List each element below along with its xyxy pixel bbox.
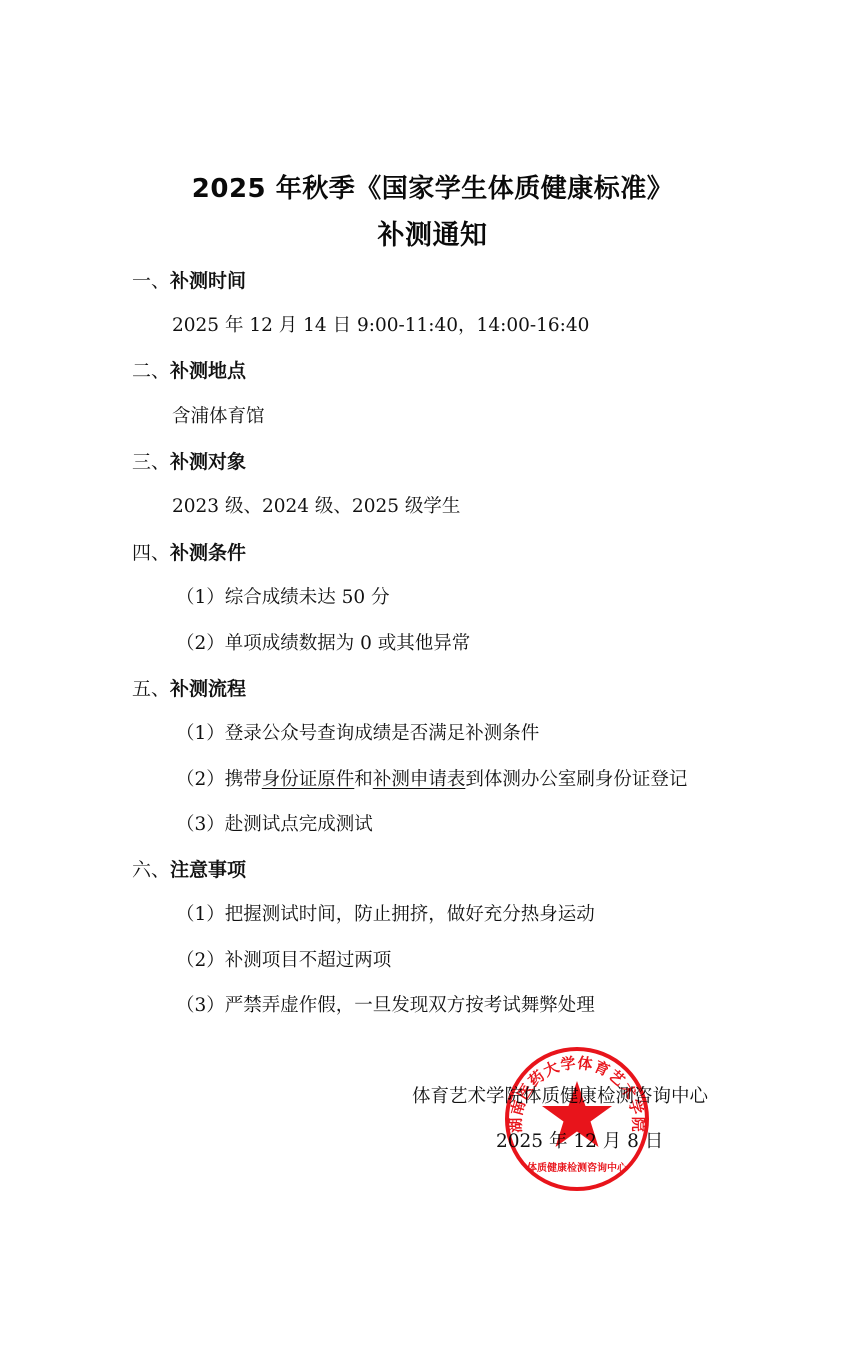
section-number: 三、 (132, 451, 170, 473)
seal-inner-text: 体质健康检测咨询中心 (527, 1161, 628, 1174)
section-number: 一、 (132, 270, 170, 292)
process-item-text: 到体测办公室刷身份证登记 (465, 769, 687, 790)
section-number: 五、 (132, 678, 170, 700)
section-title: 补测地点 (170, 360, 246, 382)
section-number: 二、 (132, 360, 170, 382)
note-item: （2）补测项目不超过两项 (176, 948, 391, 974)
process-item: （2）携带身份证原件和补测申请表到体测办公室刷身份证登记 (176, 767, 687, 793)
document-page: 2025 年秋季《国家学生体质健康标准》 补测通知 一、补测时间 2025 年 … (0, 0, 865, 1366)
condition-item: （2）单项成绩数据为 0 或其他异常 (176, 631, 470, 657)
process-item: （3）赴测试点完成测试 (176, 812, 373, 838)
note-item: （1）把握测试时间，防止拥挤，做好充分热身运动 (176, 902, 595, 928)
signature-date: 2025 年 12 月 8 日 (496, 1129, 663, 1155)
section-title: 补测对象 (170, 451, 246, 473)
section-number: 四、 (132, 542, 170, 564)
section-text-time: 2025 年 12 月 14 日 9:00-11:40，14:00-16:40 (172, 313, 589, 339)
section-heading-notes: 六、注意事项 (132, 857, 246, 883)
condition-item: （1）综合成绩未达 50 分 (176, 585, 390, 611)
section-heading-time: 一、补测时间 (132, 268, 246, 294)
section-heading-target: 三、补测对象 (132, 449, 246, 475)
section-heading-process: 五、补测流程 (132, 676, 246, 702)
document-title: 2025 年秋季《国家学生体质健康标准》 (0, 172, 865, 206)
document-subtitle: 补测通知 (0, 219, 865, 253)
section-title: 补测流程 (170, 678, 246, 700)
official-seal-stamp: 湖南医药大学体育艺术学院 体质健康检测咨询中心 (503, 1045, 651, 1193)
section-text-target: 2023 级、2024 级、2025 级学生 (172, 494, 460, 520)
underlined-id-card: 身份证原件 (262, 769, 355, 790)
underlined-application-form: 补测申请表 (373, 769, 466, 790)
section-number: 六、 (132, 859, 170, 881)
section-title: 补测条件 (170, 542, 246, 564)
section-text-location: 含浦体育馆 (172, 404, 265, 430)
process-item-text: 和 (354, 769, 373, 790)
process-item-text: （2）携带 (176, 769, 262, 790)
section-heading-location: 二、补测地点 (132, 358, 246, 384)
process-item: （1）登录公众号查询成绩是否满足补测条件 (176, 721, 539, 747)
section-heading-conditions: 四、补测条件 (132, 540, 246, 566)
signature-organization: 体育艺术学院体质健康检测咨询中心 (412, 1084, 708, 1110)
section-title: 补测时间 (170, 270, 246, 292)
section-title: 注意事项 (170, 859, 246, 881)
note-item: （3）严禁弄虚作假，一旦发现双方按考试舞弊处理 (176, 993, 595, 1019)
